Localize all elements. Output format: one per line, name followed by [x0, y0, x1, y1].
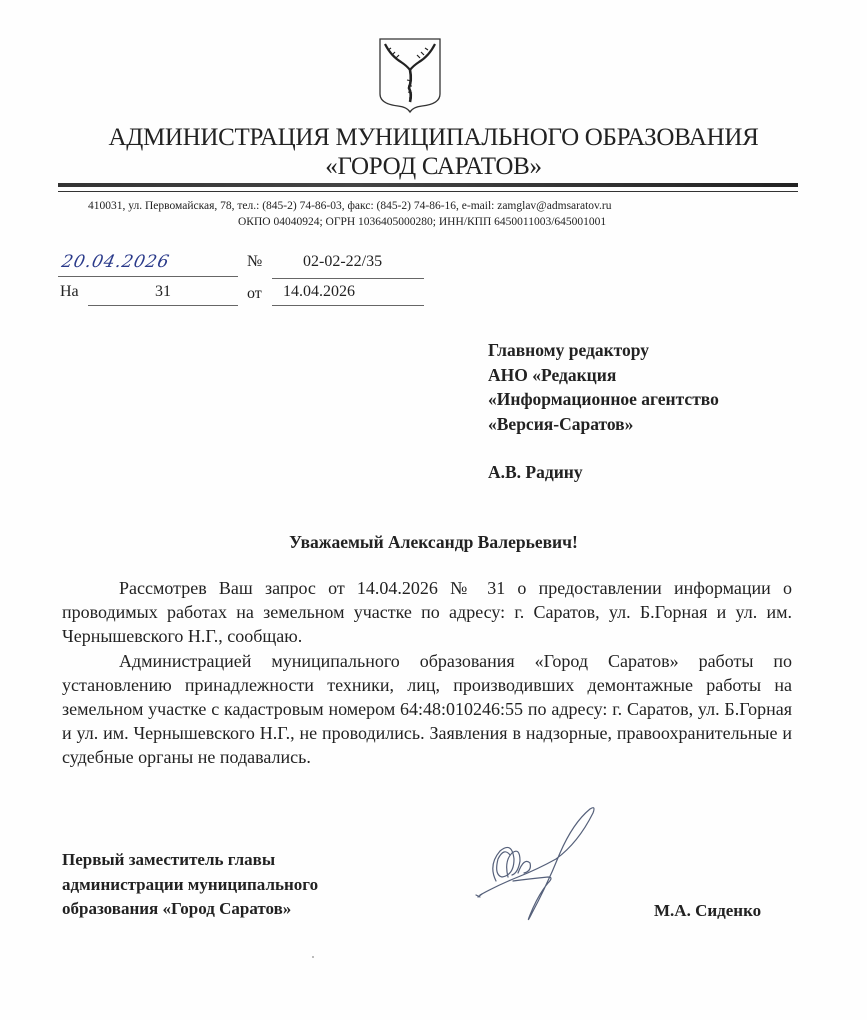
registry-codes: ОКПО 04040924; ОГРН 1036405000280; ИНН/К… [238, 216, 606, 228]
date-underline [58, 276, 238, 277]
body-paragraph: Рассмотрев Ваш запрос от 14.04.2026 № 31… [62, 576, 792, 649]
addressee-block: Главному редактору АНО «Редакция «Информ… [488, 338, 719, 485]
handwritten-date: 20.04.2026 [60, 252, 172, 272]
date-label: от [247, 285, 262, 303]
addressee-line: Главному редактору [488, 338, 719, 363]
request-date-underline [272, 305, 424, 306]
contact-details: 410031, ул. Первомайская, 78, тел.: (845… [88, 200, 612, 212]
signer-name: М.А. Сиденко [654, 901, 761, 921]
signer-title-line: образования «Город Саратов» [62, 897, 318, 922]
addressee-line: «Версия-Саратов» [488, 412, 719, 437]
scan-speck [312, 956, 314, 958]
signer-title-line: Первый заместитель главы [62, 848, 318, 873]
letter-page: АДМИНИСТРАЦИЯ МУНИЦИПАЛЬНОГО ОБРАЗОВАНИЯ… [0, 0, 867, 1020]
letter-body: Рассмотрев Ваш запрос от 14.04.2026 № 31… [62, 576, 792, 770]
addressee-name: А.В. Радину [488, 460, 719, 485]
organization-city: «ГОРОД САРАТОВ» [0, 153, 867, 181]
addressee-line: АНО «Редакция [488, 363, 719, 388]
letterhead-divider-thick [58, 183, 798, 187]
signer-title: Первый заместитель главы администрации м… [62, 848, 318, 922]
reply-to-underline [88, 305, 238, 306]
request-date: 14.04.2026 [283, 283, 355, 301]
addressee-line: «Информационное агентство [488, 387, 719, 412]
saratov-coat-of-arms-icon [377, 36, 443, 114]
outgoing-number: 02-02-22/35 [303, 253, 382, 271]
number-underline [272, 278, 424, 279]
reply-to-number: 31 [155, 283, 171, 301]
organization-name: АДМИНИСТРАЦИЯ МУНИЦИПАЛЬНОГО ОБРАЗОВАНИЯ [0, 124, 867, 152]
reply-to-label: На [60, 283, 79, 301]
handwritten-signature-icon [468, 803, 608, 928]
salutation: Уважаемый Александр Валерьевич! [0, 532, 867, 553]
body-paragraph: Администрацией муниципального образовани… [62, 649, 792, 770]
signer-title-line: администрации муниципального [62, 873, 318, 898]
outgoing-number-label: № [247, 253, 262, 271]
letterhead-divider-thin [58, 191, 798, 192]
